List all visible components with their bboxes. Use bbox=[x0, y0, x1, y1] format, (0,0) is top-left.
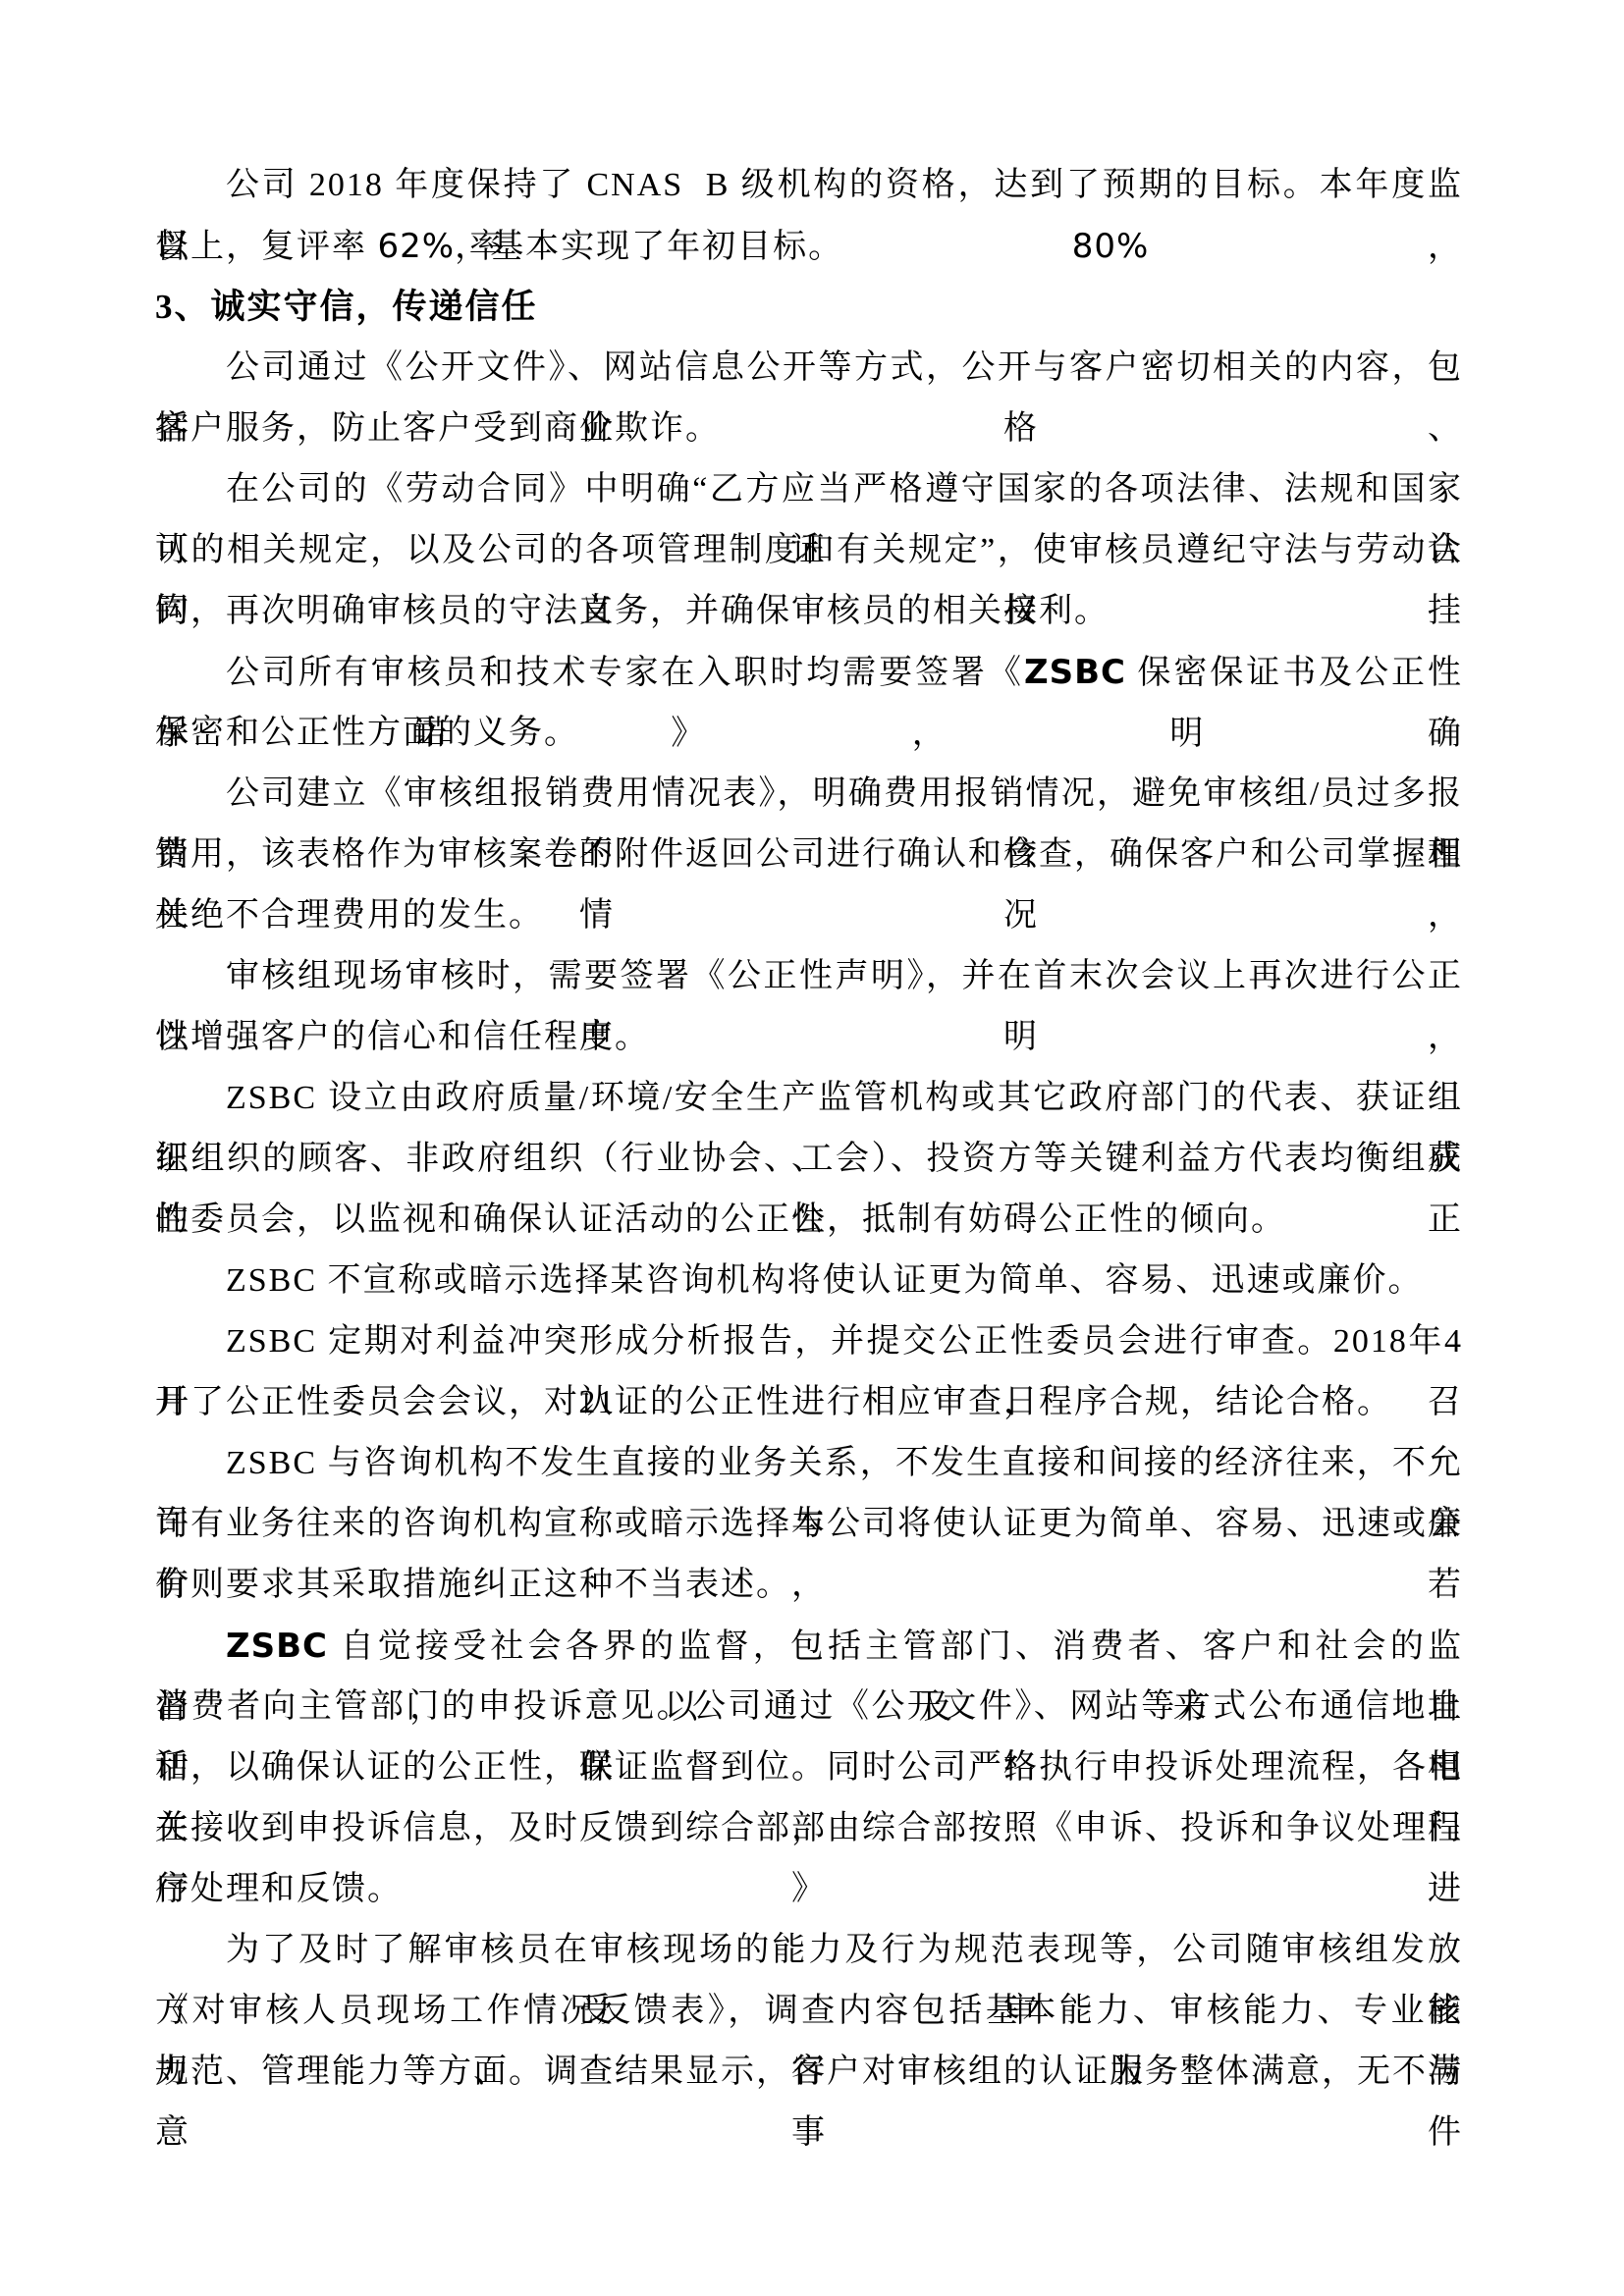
text-line: ZSBC 与咨询机构不发生直接的业务关系，不发生直接和间接的经济往来，不允许与公 bbox=[155, 1433, 1463, 1494]
text-run: 开了公正性委员会会议，对认证的公正性进行相应审查，程序合规，结论合格。 bbox=[155, 1384, 1392, 1420]
text-run: 性委员会，以监视和确保认证活动的公正性，抵制有妨碍公正性的倾向。 bbox=[155, 1201, 1286, 1238]
text-line: 可的相关规定，以及公司的各项管理制度和有关规定”，使审核员遵纪守法与劳动合同直接… bbox=[155, 520, 1463, 581]
text-line: ZSBC 自觉接受社会各界的监督，包括主管部门、消费者、客户和社会的监督，以及来… bbox=[155, 1616, 1463, 1677]
text-run-sans: 80% bbox=[1072, 227, 1150, 266]
text-line: 规范、管理能力等方面。调查结果显示，客户对审核组的认证服务整体满意，无不满意事件 bbox=[155, 2042, 1463, 2103]
text-line: 公司 2018 年度保持了 CNAS B 级机构的资格，达到了预期的目标。本年度… bbox=[155, 155, 1463, 216]
text-run: 公司所有审核员和技术专家在入职时均需要签署《 bbox=[226, 655, 1024, 691]
text-run: 规范、管理能力等方面。调查结果显示，客户对审核组的认证服务整体满意，无不满意事件 bbox=[155, 2054, 1463, 2151]
text-run: ZSBC 不宣称或暗示选择某咨询机构将使认证更为简单、容易、迅速或廉价。 bbox=[226, 1262, 1424, 1299]
text-line: ZSBC 设立由政府质量/环境/安全生产监管机构或其它政府部门的代表、获证组织、… bbox=[155, 1068, 1463, 1129]
text-run: 保密和公正性方面的义务。 bbox=[155, 715, 579, 751]
text-run: 有则要求其采取措施纠正这种不当表述。 bbox=[155, 1567, 791, 1603]
text-run: ，基本实现了年初目标。 bbox=[455, 229, 843, 265]
text-run: 3、诚实守信，传递信任 bbox=[155, 288, 538, 326]
text-line: 消费者向主管部门的申投诉意见。公司通过《公开文件》、网站等方式公布通信地址和联络… bbox=[155, 1677, 1463, 1737]
text-line: 审核组现场审核时，需要签署《公正性声明》，并在首末次会议上再次进行公正性申明， bbox=[155, 946, 1463, 1007]
text-line: 在接收到申投诉信息，及时反馈到综合部，由综合部按照《申诉、投诉和争议处理程序》进 bbox=[155, 1798, 1463, 1859]
text-line: 为了及时了解审核员在审核现场的能力及行为规范表现等，公司随审核组发放《受审核 bbox=[155, 1920, 1463, 1981]
text-line: 方对审核人员现场工作情况反馈表》，调查内容包括基本能力、审核能力、专业能力、行为… bbox=[155, 1981, 1463, 2042]
text-line: 性委员会，以监视和确保认证活动的公正性，抵制有妨碍公正性的倾向。 bbox=[155, 1190, 1463, 1251]
text-line: 话，以确保认证的公正性，保证监督到位。同时公司严格执行申投诉处理流程，各相关部门 bbox=[155, 1737, 1463, 1798]
text-line: 公司建立《审核组报销费用情况表》，明确费用报销情况，避免审核组/员过多报销不合理 bbox=[155, 764, 1463, 825]
text-run: 钩，再次明确审核员的守法义务，并确保审核员的相关权利。 bbox=[155, 593, 1110, 629]
text-line: 证组织的顾客、非政府组织（行业协会、工会）、投资方等关键利益方代表均衡组成的公正 bbox=[155, 1129, 1463, 1190]
text-run-sans-bold: ZSBC bbox=[226, 1627, 328, 1666]
text-run: 杜绝不合理费用的发生。 bbox=[155, 897, 544, 934]
text-line: 在公司的《劳动合同》中明确“乙方应当严格遵守国家的各项法律、法规和国家认证认 bbox=[155, 459, 1463, 520]
text-line: 司有业务往来的咨询机构宣称或暗示选择本公司将使认证更为简单、容易、迅速或廉价，若 bbox=[155, 1494, 1463, 1555]
text-run-sans-bold: ZSBC bbox=[1024, 653, 1126, 692]
text-line: 费用，该表格作为审核案卷的附件返回公司进行确认和核查，确保客户和公司掌握相关情况… bbox=[155, 825, 1463, 885]
text-line: 公司通过《公开文件》、网站信息公开等方式，公开与客户密切相关的内容，包括价格、 bbox=[155, 338, 1463, 399]
text-run: 行处理和反馈。 bbox=[155, 1871, 403, 1907]
text-run-sans: 62% bbox=[378, 227, 456, 266]
text-line: ZSBC 定期对利益冲突形成分析报告，并提交公正性委员会进行审查。2018年4月… bbox=[155, 1311, 1463, 1372]
text-run: ， bbox=[1149, 229, 1463, 265]
text-line: ZSBC 不宣称或暗示选择某咨询机构将使认证更为简单、容易、迅速或廉价。 bbox=[155, 1251, 1463, 1311]
text-run: 以上，复评率 bbox=[155, 229, 378, 265]
text-run: 客户服务，防止客户受到商业欺诈。 bbox=[155, 410, 721, 447]
text-line: 公司所有审核员和技术专家在入职时均需要签署《ZSBC 保密保证书及公正性承诺》，… bbox=[155, 642, 1463, 703]
text-run: 以增强客户的信心和信任程度。 bbox=[155, 1019, 650, 1055]
document-page: 公司 2018 年度保持了 CNAS B 级机构的资格，达到了预期的目标。本年度… bbox=[0, 0, 1624, 2296]
section-heading: 3、诚实守信，传递信任 bbox=[155, 277, 1463, 338]
text-line: 开了公正性委员会会议，对认证的公正性进行相应审查，程序合规，结论合格。 bbox=[155, 1372, 1463, 1433]
document-content: 公司 2018 年度保持了 CNAS B 级机构的资格，达到了预期的目标。本年度… bbox=[155, 155, 1463, 2103]
